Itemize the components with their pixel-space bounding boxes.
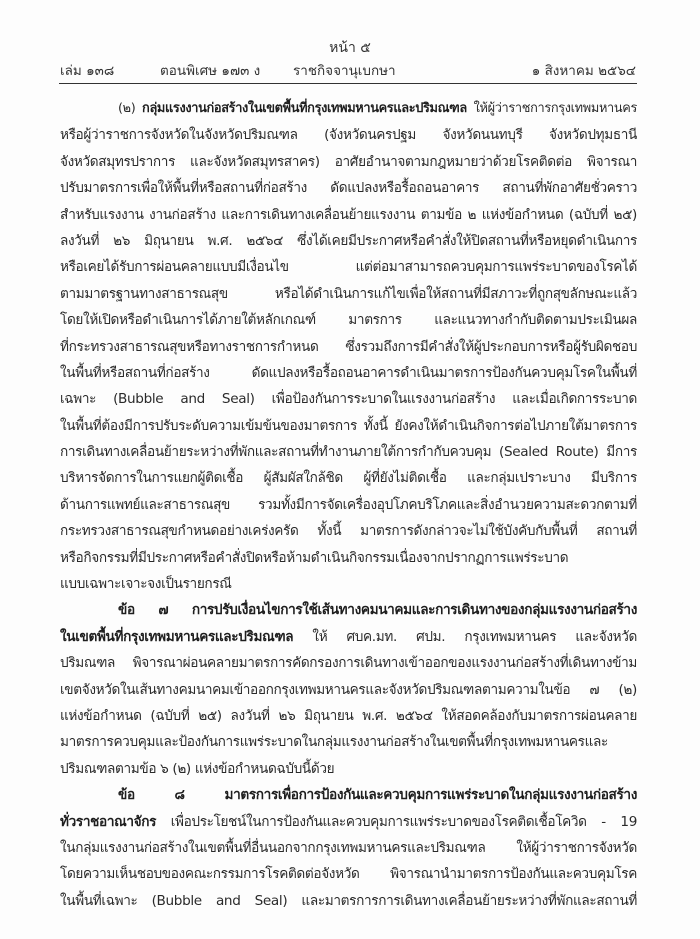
article-heading: ข้อ ๘ มาตรการเพื่อการป้องกันและควบคุมการ… [60, 782, 637, 808]
text-line: จังหวัดสมุทรปราการ และจังหวัดสมุทรสาคร) … [60, 149, 637, 175]
gazette-header: เล่ม ๑๓๘ ตอนพิเศษ ๑๗๓ ง ราชกิจจานุเบกษา … [60, 59, 636, 79]
page-number: หน้า ๕ [0, 37, 700, 59]
text-line: หรือกิจกรรมที่มีประกาศหรือคำสั่งปิดหรือห… [60, 545, 637, 571]
text-line: โดยความเห็นชอบของคณะกรรมการโรคติดต่อจังห… [60, 861, 637, 887]
text-line: กระทรวงสาธารณสุขกำหนดอย่างเคร่งครัด ทั้ง… [60, 518, 637, 544]
article-heading-cont: ในเขตพื้นที่กรุงเทพมหานครและปริมณฑล [60, 629, 293, 645]
text-line: ในกลุ่มแรงงานก่อสร้างในเขตพื้นที่อื่นนอก… [60, 835, 637, 861]
text-line: ด้านการแพทย์และสาธารณสุข รวมทั้งมีการจัด… [60, 492, 637, 518]
text-line: แบบเฉพาะเจาะจงเป็นรายกรณี [60, 571, 637, 597]
text-line: ในพื้นที่ต้องมีการปรับระดับความเข้มข้นขอ… [60, 413, 637, 439]
text-line: เขตจังหวัดในเส้นทางคมนาคมเข้าออกกรุงเทพม… [60, 677, 637, 703]
text-line: เฉพาะ (Bubble and Seal) เพื่อป้องกันการร… [60, 386, 637, 412]
text-line: บริหารจัดการในการแยกผู้ติดเชื้อ ผู้สัมผั… [60, 465, 637, 491]
article-heading: ข้อ ๗ การปรับเงื่อนไขการใช้เส้นทางคมนาคม… [60, 597, 637, 623]
text-line: ที่กระทรวงสาธารณสุขหรือทางราชการกำหนด ซึ… [60, 334, 637, 360]
text-line: ทั่วราชอาณาจักร เพื่อประโยชน์ในการป้องกั… [60, 809, 637, 835]
text-line: โดยให้เปิดหรือดำเนินการได้ภายใต้หลักเกณฑ… [60, 307, 637, 333]
text-line: มาตรการควบคุมและป้องกันการแพร่ระบาดในกลุ… [60, 729, 637, 755]
text-line: ในพื้นที่เฉพาะ (Bubble and Seal) และมาตร… [60, 888, 637, 914]
gazette-page: หน้า ๕ เล่ม ๑๓๘ ตอนพิเศษ ๑๗๓ ง ราชกิจจาน… [0, 0, 700, 939]
clause-heading: กลุ่มแรงงานก่อสร้างในเขตพื้นที่กรุงเทพมห… [142, 101, 467, 116]
volume-label: เล่ม ๑๓๘ [60, 59, 114, 81]
text-line: ปรับมาตรการเพื่อให้พื้นที่หรือสถานที่ก่อ… [60, 175, 637, 201]
header-divider [59, 83, 637, 84]
publication-name: ราชกิจจานุเบกษา [293, 59, 396, 81]
publication-date: ๑ สิงหาคม ๒๕๖๔ [532, 59, 636, 81]
article-heading-cont: ทั่วราชอาณาจักร [60, 814, 156, 830]
text-line: การเดินทางเคลื่อนย้ายระหว่างที่พักและสถา… [60, 439, 637, 465]
text-line: ตามมาตรฐานทางสาธารณสุข หรือได้ดำเนินการแ… [60, 281, 637, 307]
text-line: ในเขตพื้นที่กรุงเทพมหานครและปริมณฑล ให้ … [60, 624, 637, 650]
text-line: (๒) กลุ่มแรงงานก่อสร้างในเขตพื้นที่กรุงเ… [60, 96, 637, 122]
document-body: (๒) กลุ่มแรงงานก่อสร้างในเขตพื้นที่กรุงเ… [60, 96, 637, 914]
special-issue-label: ตอนพิเศษ ๑๗๓ ง [160, 59, 260, 81]
text-line: หรือเคยได้รับการผ่อนคลายแบบมีเงื่อนไข แต… [60, 254, 637, 280]
text-line: สำหรับแรงงาน งานก่อสร้าง และการเดินทางเค… [60, 202, 637, 228]
text-line: ลงวันที่ ๒๖ มิถุนายน พ.ศ. ๒๕๖๔ ซึ่งได้เค… [60, 228, 637, 254]
text-line: ปริมณฑล พิจารณาผ่อนคลายมาตรการคัดกรองการ… [60, 650, 637, 676]
text-line: แห่งข้อกำหนด (ฉบับที่ ๒๕) ลงวันที่ ๒๖ มิ… [60, 703, 637, 729]
article-7: ข้อ ๗ การปรับเงื่อนไขการใช้เส้นทางคมนาคม… [60, 597, 637, 782]
article-8: ข้อ ๘ มาตรการเพื่อการป้องกันและควบคุมการ… [60, 782, 637, 914]
text-line: หรือผู้ว่าราชการจังหวัดในจังหวัดปริมณฑล … [60, 122, 637, 148]
text-line: ปริมณฑลตามข้อ ๖ (๒) แห่งข้อกำหนดฉบับนี้ด… [60, 756, 637, 782]
text-line: ในพื้นที่หรือสถานที่ก่อสร้าง ดัดแปลงหรือ… [60, 360, 637, 386]
clause-6-2: (๒) กลุ่มแรงงานก่อสร้างในเขตพื้นที่กรุงเ… [60, 96, 637, 597]
